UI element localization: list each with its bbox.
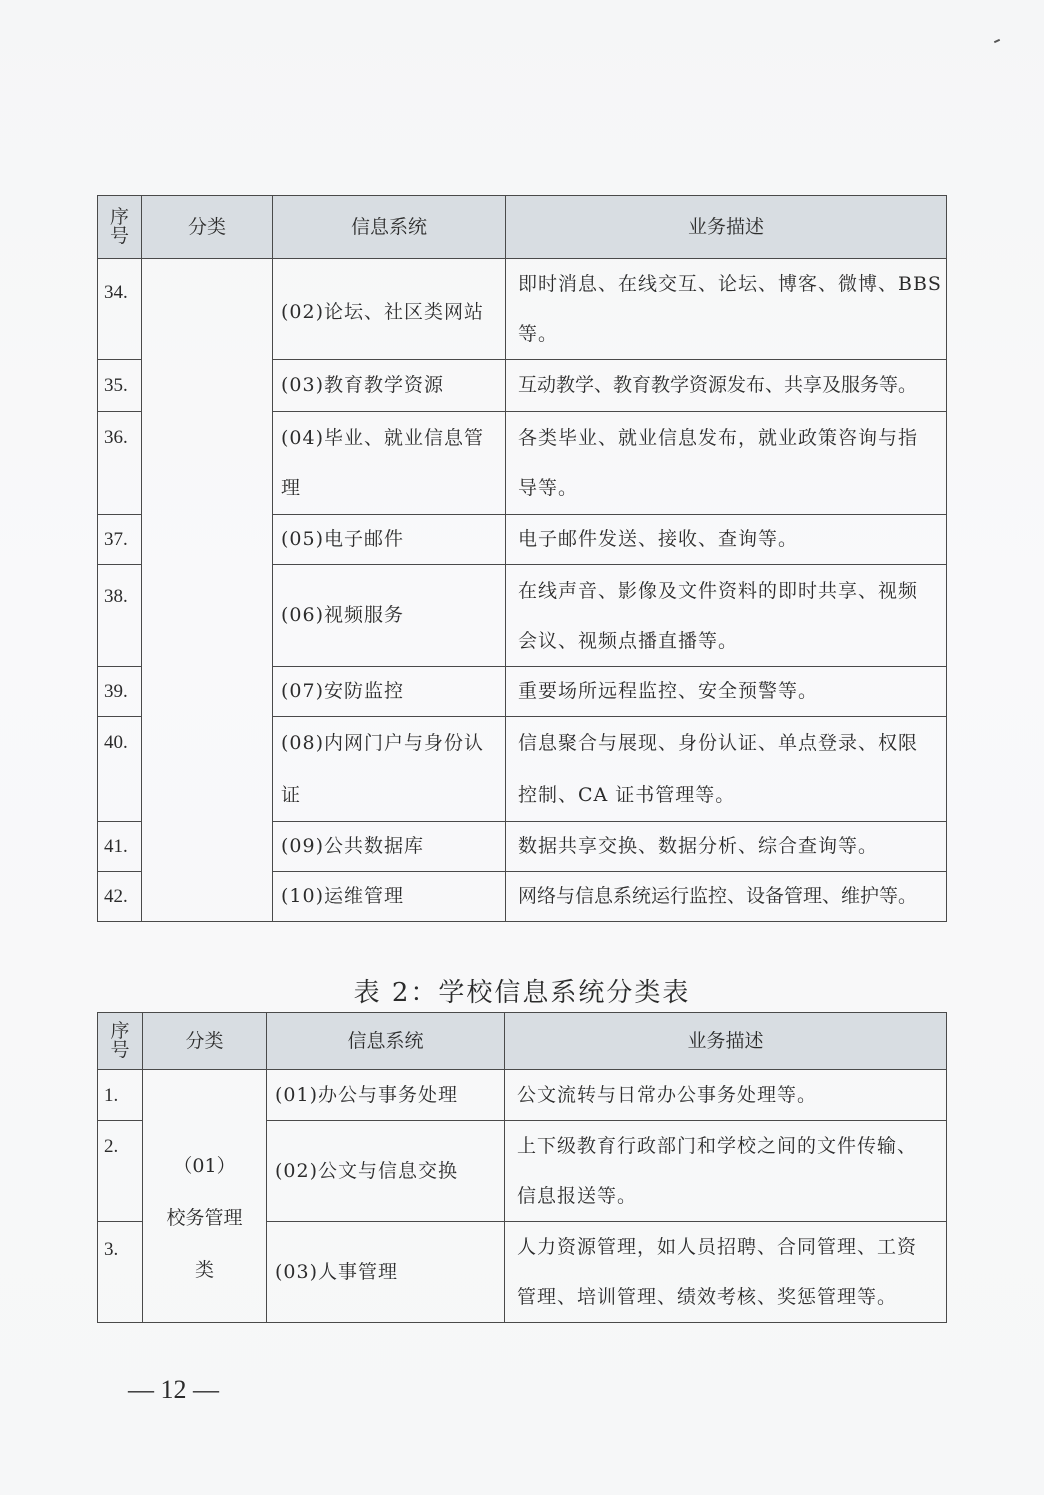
header-system: 信息系统 bbox=[273, 196, 506, 259]
table-header-row: 序号 分类 信息系统 业务描述 bbox=[98, 1013, 947, 1070]
category-cell: （01） 校务管理 类 bbox=[143, 1070, 267, 1323]
row-description: 公文流转与日常办公事务处理等。 bbox=[505, 1070, 947, 1121]
row-description: 互动教学、教育教学资源发布、共享及服务等。 bbox=[506, 360, 947, 412]
table-2-caption: 表 2：学校信息系统分类表 bbox=[0, 972, 1044, 1009]
row-description: 重要场所远程监控、安全预警等。 bbox=[506, 667, 947, 717]
table-row: 34. (02)论坛、社区类网站 即时消息、在线交互、论坛、博客、微博、BBS等… bbox=[98, 259, 947, 360]
row-description: 网络与信息系统运行监控、设备管理、维护等。 bbox=[506, 872, 947, 922]
header-category: 分类 bbox=[142, 196, 273, 259]
row-description: 信息聚合与展现、身份认证、单点登录、权限控制、CA 证书管理等。 bbox=[506, 717, 947, 822]
row-system: (02)论坛、社区类网站 bbox=[273, 259, 506, 360]
header-seq: 序号 bbox=[98, 1013, 143, 1070]
row-seq: 37. bbox=[98, 515, 142, 565]
row-system: (03)人事管理 bbox=[267, 1222, 505, 1323]
row-system: (08)内网门户与身份认证 bbox=[273, 717, 506, 822]
row-seq: 42. bbox=[98, 872, 142, 922]
category-code: （01） bbox=[143, 1140, 266, 1192]
table-2: 序号 分类 信息系统 业务描述 1. （01） 校务管理 类 (01)办公与事务… bbox=[97, 1012, 947, 1323]
header-seq: 序号 bbox=[98, 196, 142, 259]
row-seq: 3. bbox=[98, 1222, 143, 1323]
header-description: 业务描述 bbox=[506, 196, 947, 259]
row-seq: 39. bbox=[98, 667, 142, 717]
row-description: 各类毕业、就业信息发布，就业政策咨询与指导等。 bbox=[506, 412, 947, 515]
row-system: (04)毕业、就业信息管理 bbox=[273, 412, 506, 515]
row-system: (01)办公与事务处理 bbox=[267, 1070, 505, 1121]
row-description: 即时消息、在线交互、论坛、博客、微博、BBS等。 bbox=[506, 259, 947, 360]
row-seq: 38. bbox=[98, 565, 142, 667]
row-seq: 34. bbox=[98, 259, 142, 360]
row-system: (03)教育教学资源 bbox=[273, 360, 506, 412]
row-seq: 35. bbox=[98, 360, 142, 412]
row-system: (07)安防监控 bbox=[273, 667, 506, 717]
table-1-continued: 序号 分类 信息系统 业务描述 34. (02)论坛、社区类网站 即时消息、在线… bbox=[97, 195, 947, 922]
row-system: (02)公文与信息交换 bbox=[267, 1121, 505, 1222]
row-seq: 41. bbox=[98, 822, 142, 872]
row-description: 数据共享交换、数据分析、综合查询等。 bbox=[506, 822, 947, 872]
category-suffix: 类 bbox=[143, 1244, 266, 1296]
row-system: (06)视频服务 bbox=[273, 565, 506, 667]
scan-artifact bbox=[994, 39, 1000, 43]
row-system: (09)公共数据库 bbox=[273, 822, 506, 872]
document-page: 序号 分类 信息系统 业务描述 34. (02)论坛、社区类网站 即时消息、在线… bbox=[0, 0, 1044, 1495]
page-number: — 12 — bbox=[128, 1375, 219, 1405]
row-system: (10)运维管理 bbox=[273, 872, 506, 922]
row-seq: 1. bbox=[98, 1070, 143, 1121]
header-description: 业务描述 bbox=[505, 1013, 947, 1070]
row-description: 在线声音、影像及文件资料的即时共享、视频会议、视频点播直播等。 bbox=[506, 565, 947, 667]
row-description: 人力资源管理，如人员招聘、合同管理、工资管理、培训管理、绩效考核、奖惩管理等。 bbox=[505, 1222, 947, 1323]
header-category: 分类 bbox=[143, 1013, 267, 1070]
category-name: 校务管理 bbox=[143, 1192, 266, 1244]
category-cell-empty bbox=[142, 259, 273, 922]
row-seq: 36. bbox=[98, 412, 142, 515]
row-seq: 2. bbox=[98, 1121, 143, 1222]
row-description: 电子邮件发送、接收、查询等。 bbox=[506, 515, 947, 565]
table-row: 1. （01） 校务管理 类 (01)办公与事务处理 公文流转与日常办公事务处理… bbox=[98, 1070, 947, 1121]
row-seq: 40. bbox=[98, 717, 142, 822]
header-system: 信息系统 bbox=[267, 1013, 505, 1070]
row-system: (05)电子邮件 bbox=[273, 515, 506, 565]
table-header-row: 序号 分类 信息系统 业务描述 bbox=[98, 196, 947, 259]
row-description: 上下级教育行政部门和学校之间的文件传输、信息报送等。 bbox=[505, 1121, 947, 1222]
